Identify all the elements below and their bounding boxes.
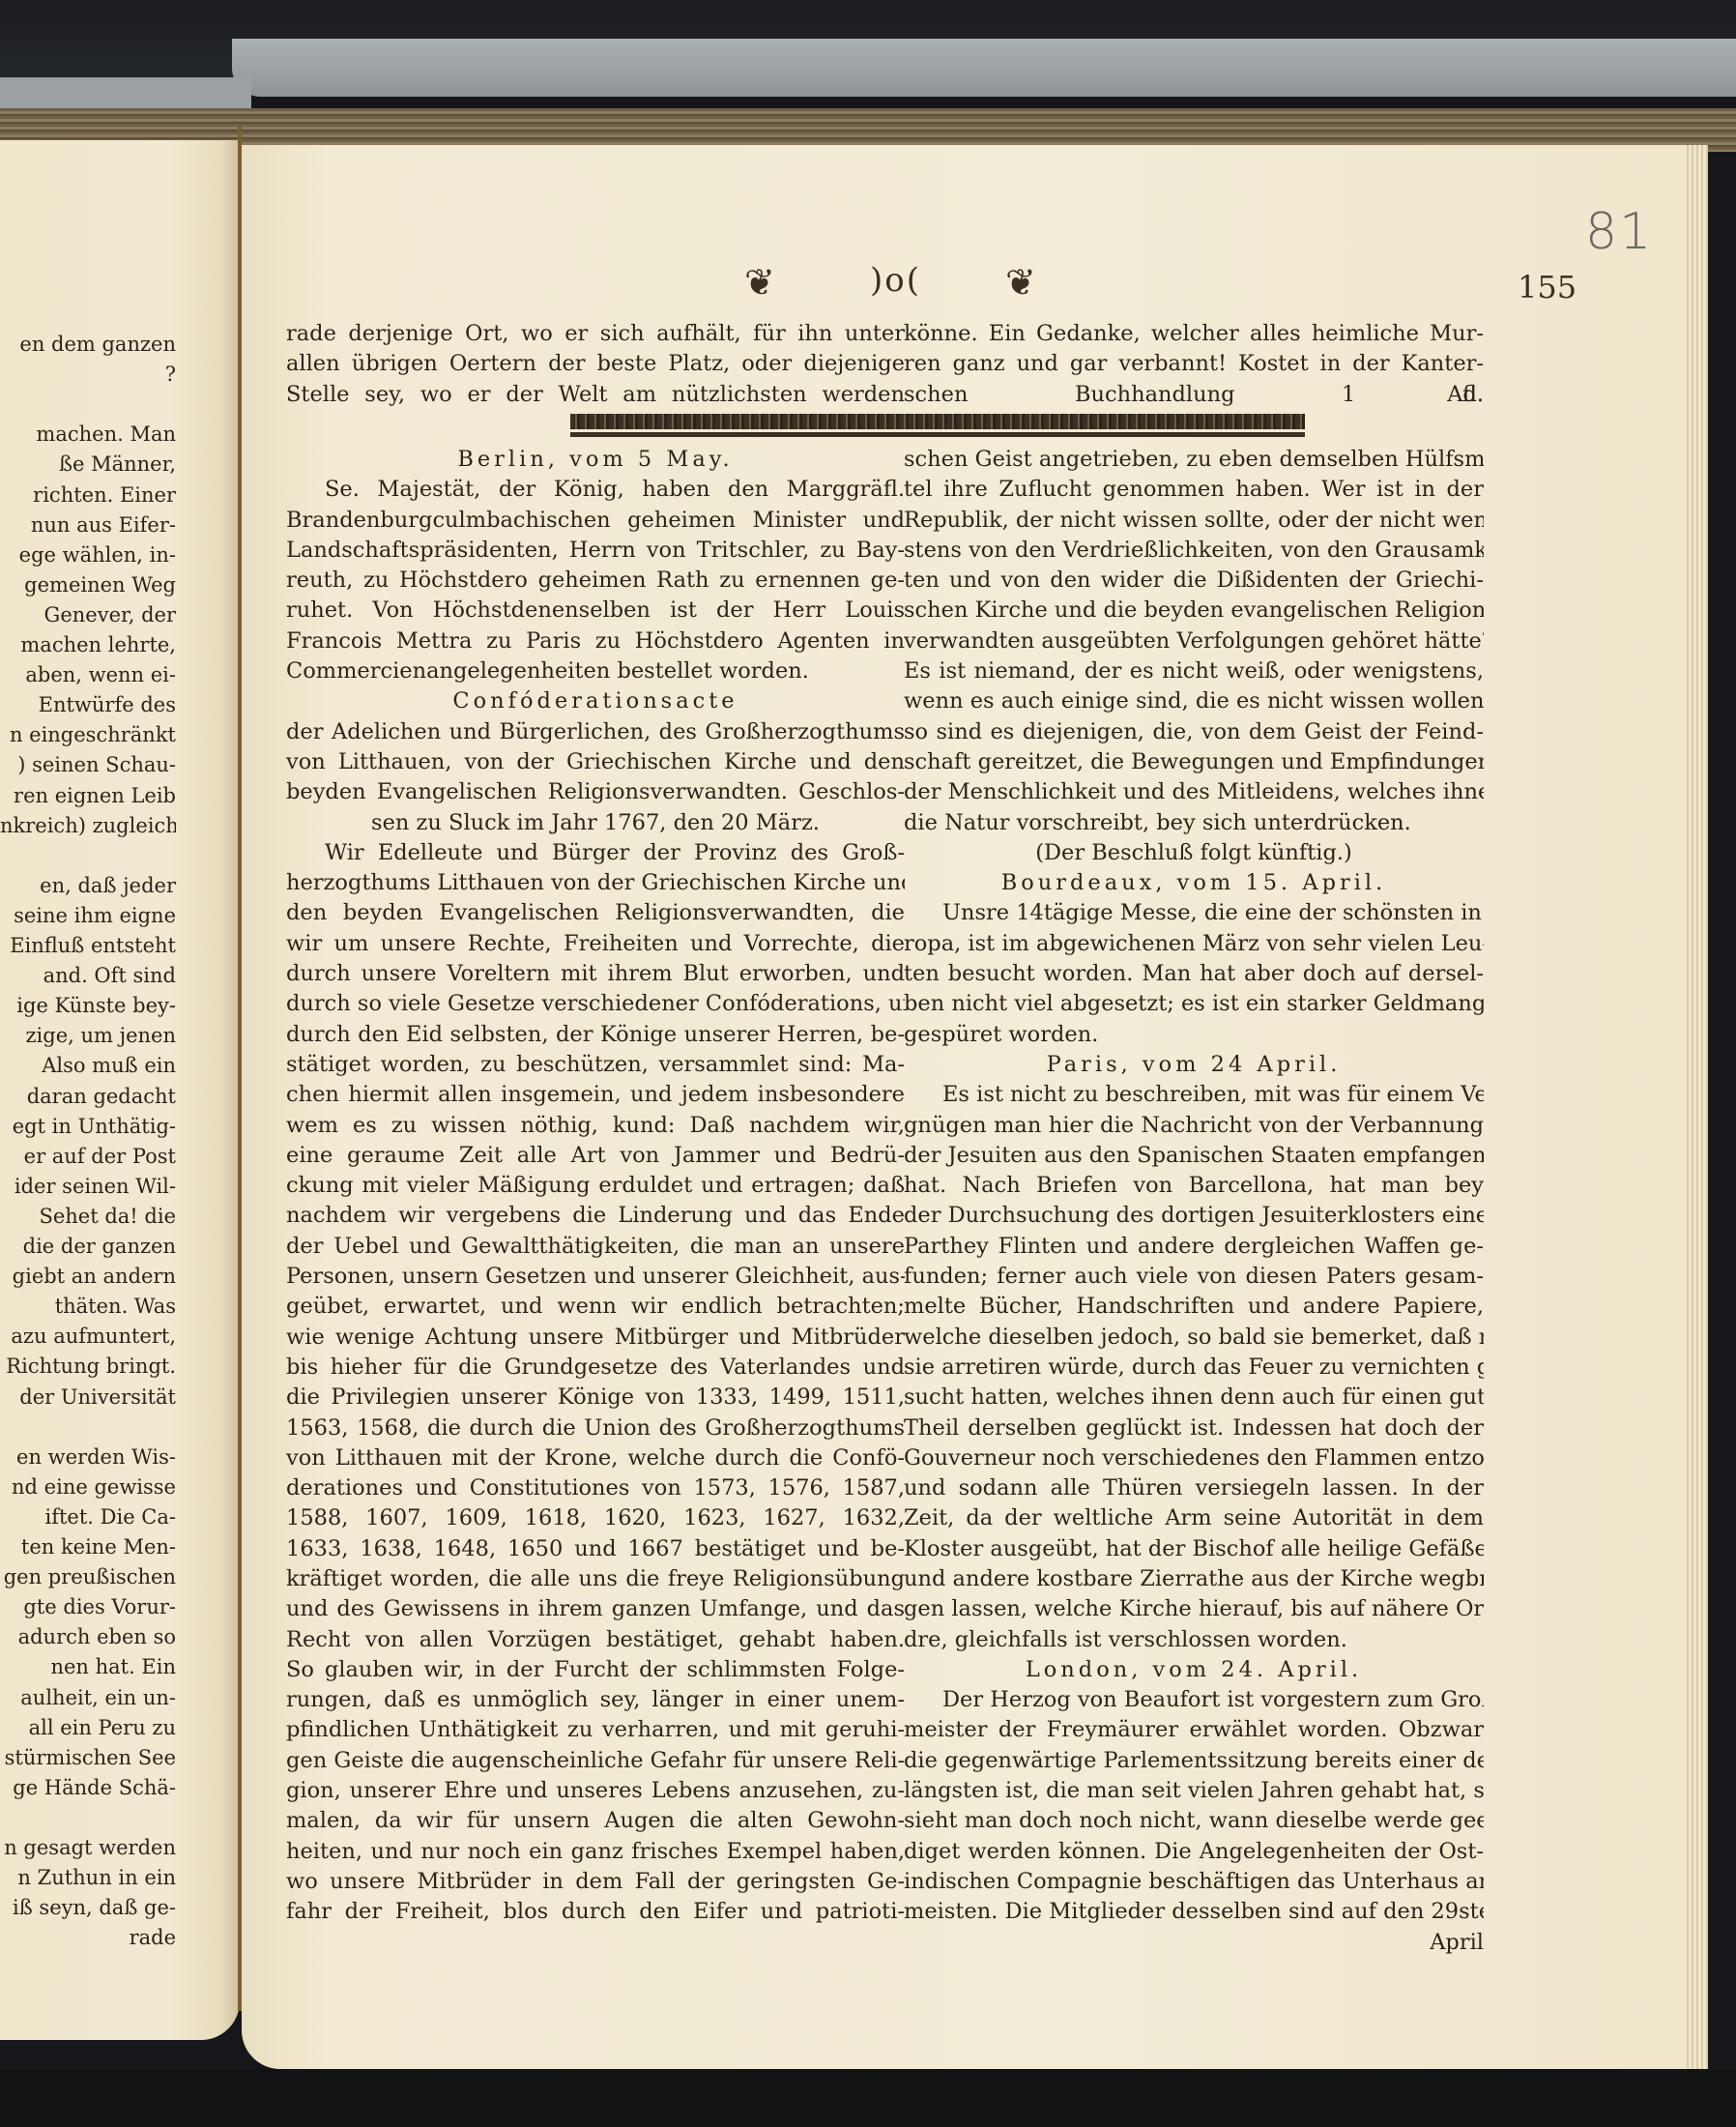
text-line: ckung mit vieler Mäßigung erduldet und e… <box>286 1171 905 1201</box>
text-line: indischen Compagnie beschäftigen das Unt… <box>904 1867 1484 1897</box>
text-line: durch unsere Voreltern mit ihrem Blut er… <box>286 959 905 989</box>
left-page-line: ? <box>0 357 176 393</box>
subtitle-line: der Adelichen und Bürgerlichen, des Groß… <box>286 717 905 747</box>
text-line: von Litthauen mit der Krone, welche durc… <box>286 1443 905 1473</box>
book-cover-top <box>232 39 1736 97</box>
text-line: Kloster ausgeübt, hat der Bischof alle h… <box>904 1534 1484 1564</box>
text-line: sie arretiren würde, durch das Feuer zu … <box>904 1353 1484 1383</box>
text-line: heiten, und nur noch ein ganz frisches E… <box>286 1837 905 1867</box>
text-line: Francois Mettra zu Paris zu Höchstdero A… <box>286 626 905 656</box>
text-line: könne. Ein Gedanke, welcher alles heimli… <box>904 319 1484 349</box>
text-line: Der Herzog von Beaufort ist vorgestern z… <box>904 1685 1484 1715</box>
text-line: Landschaftspräsidenten, Herrn von Tritsc… <box>286 536 905 566</box>
text-line: ten und von den wider die Dißidenten der… <box>904 566 1484 596</box>
text-line: rungen, daß es unmöglich sey, länger in … <box>286 1685 905 1715</box>
text-line: eine geraume Zeit alle Art von Jammer un… <box>286 1141 905 1171</box>
text-line: Commercienangelegenheiten bestellet word… <box>286 656 905 686</box>
text-line: welche dieselben jedoch, so bald sie bem… <box>904 1323 1484 1353</box>
text-line: Es ist nicht zu beschreiben, mit was für… <box>904 1080 1484 1110</box>
text-line: die Privilegien unserer Könige von 1333,… <box>286 1383 905 1413</box>
text-line: verwandten ausgeübten Verfolgungen gehör… <box>904 626 1484 656</box>
left-page-line: rade <box>0 1920 176 1957</box>
text-line: Recht von allen Vorzügen bestätiget, geh… <box>286 1625 905 1655</box>
text-line: Unsre 14tägige Messe, die eine der schön… <box>904 898 1484 928</box>
text-line: Theil derselben geglückt ist. Indessen h… <box>904 1413 1484 1443</box>
text-line: diget werden können. Die Angelegenheiten… <box>904 1837 1484 1867</box>
text-line: ren ganz und gar verbannt! Kostet in der… <box>904 349 1484 379</box>
text-line: und des Gewissens in ihrem ganzen Umfang… <box>286 1594 905 1624</box>
text-line: 1588, 1607, 1609, 1618, 1620, 1623, 1627… <box>286 1503 905 1533</box>
dateline-bourdeaux: Bourdeaux, vom 15. April. <box>904 868 1484 898</box>
text-line: schen Buchhandlung 1 fl.Ad. <box>904 380 1484 410</box>
text-line: längsten ist, die man seit vielen Jahren… <box>904 1776 1484 1806</box>
text-line: die Natur vorschreibt, bey sich unterdrü… <box>904 808 1484 838</box>
text-line: Brandenburgculmbachischen geheimen Minis… <box>286 506 905 536</box>
text-line: schen Geist angetrieben, zu eben demselb… <box>904 445 1484 475</box>
subtitle-line: beyden Evangelischen Religionsverwandten… <box>286 777 905 807</box>
section-title-confoederationsacte: Confóderationsacte <box>286 686 905 716</box>
text-line: malen, da wir für unsern Augen die alten… <box>286 1806 905 1836</box>
text-line: meister der Freymäurer erwählet worden. … <box>904 1715 1484 1745</box>
text-line: dre, gleichfalls ist verschlossen worden… <box>904 1625 1484 1655</box>
text-line: Gouverneur noch verschiedenes den Flamme… <box>904 1443 1484 1473</box>
right-column: schen Geist angetrieben, zu eben demselb… <box>904 445 1484 1958</box>
text-line: sucht hatten, welches ihnen denn auch fü… <box>904 1383 1484 1413</box>
page-stack-edge <box>1687 145 1708 2069</box>
text-line: wir um unsere Rechte, Freiheiten und Vor… <box>286 929 905 959</box>
text-line: pfindlichen Unthätigkeit zu verharren, u… <box>286 1715 905 1745</box>
dateline-london: London, vom 24. April. <box>904 1655 1484 1685</box>
left-page-line: nkreich) zugleich <box>0 808 176 845</box>
text-line: kräftiget worden, die alle uns die freye… <box>286 1564 905 1594</box>
page-number: 155 <box>1518 269 1577 306</box>
text-line: der Durchsuchung des dortigen Jesuiterkl… <box>904 1201 1484 1231</box>
left-page-line: ge Hände Schä- <box>0 1770 176 1807</box>
text-line: Personen, unsern Gesetzen und unserer Gl… <box>286 1262 905 1292</box>
text-line: und sodann alle Thüren versiegeln lassen… <box>904 1473 1484 1503</box>
text-line: ropa, ist im abgewichenen März von sehr … <box>904 929 1484 959</box>
author-signature: Ad. <box>1447 380 1484 410</box>
text-line: 1563, 1568, die durch die Union des Groß… <box>286 1413 905 1443</box>
book-gutter <box>238 126 242 2011</box>
text-line: 1633, 1638, 1648, 1650 und 1667 bestätig… <box>286 1534 905 1564</box>
text-line: geübet, erwartet, und wenn wir endlich b… <box>286 1292 905 1322</box>
text-line: gion, unserer Ehre und unseres Lebens an… <box>286 1776 905 1806</box>
left-column-continuation: rade derjenige Ort, wo er sich aufhält, … <box>286 319 905 410</box>
text-line: rade derjenige Ort, wo er sich aufhält, … <box>286 319 905 349</box>
text-line: Se. Majestät, der König, haben den Margg… <box>286 475 905 505</box>
text-line: so sind es diejenigen, die, von dem Geis… <box>904 717 1484 747</box>
text-line: wem es zu wissen nöthig, kund: Daß nachd… <box>286 1111 905 1141</box>
page-header: ❦ )o( ❦ 155 <box>744 261 1518 319</box>
text-line: wo unsere Mitbrüder in dem Fall der geri… <box>286 1867 905 1897</box>
text-line: und andere kostbare Zierrathe aus der Ki… <box>904 1564 1484 1594</box>
text-line: Zeit, da der weltliche Arm seine Autorit… <box>904 1503 1484 1533</box>
text-line: der Jesuiten aus den Spanischen Staaten … <box>904 1141 1484 1171</box>
text-line: gen lassen, welche Kirche hierauf, bis a… <box>904 1594 1484 1624</box>
shell-ornament-icon: ❦ <box>744 261 775 304</box>
text-line: reuth, zu Höchstdero geheimen Rath zu er… <box>286 566 905 596</box>
subtitle-line: sen zu Sluck im Jahr 1767, den 20 März. <box>286 808 905 838</box>
text-line: der Uebel und Gewaltthätigkeiten, die ma… <box>286 1232 905 1262</box>
text-line: fahr der Freiheit, blos durch den Eifer … <box>286 1897 905 1927</box>
pencil-folio-number: 81 <box>1585 203 1653 261</box>
text-line: Es ist niemand, der es nicht weiß, oder … <box>904 656 1484 686</box>
text-line: schen Kirche und die beyden evangelische… <box>904 596 1484 626</box>
text-line: Wir Edelleute und Bürger der Provinz des… <box>286 838 905 868</box>
right-column-continuation: könne. Ein Gedanke, welcher alles heimli… <box>904 319 1484 410</box>
text-line: ten besucht worden. Man hat aber doch au… <box>904 959 1484 989</box>
left-column: Berlin, vom 5 May.Se. Majestät, der Köni… <box>286 445 905 1928</box>
text-line: allen übrigen Oertern der beste Platz, o… <box>286 349 905 379</box>
text-line: durch den Eid selbsten, der Könige unser… <box>286 1020 905 1050</box>
background-bottom <box>0 2069 1736 2127</box>
text-line: die gegenwärtige Parlementssitzung berei… <box>904 1746 1484 1776</box>
subtitle-line: von Litthauen, von der Griechischen Kirc… <box>286 747 905 777</box>
text-line: Parthey Flinten und andere dergleichen W… <box>904 1232 1484 1262</box>
text-line: Republik, der nicht wissen sollte, oder … <box>904 506 1484 536</box>
section-rule-divider <box>570 414 1305 432</box>
text-line: funden; ferner auch viele von diesen Pat… <box>904 1262 1484 1292</box>
text-line: gespüret worden. <box>904 1020 1484 1050</box>
text-line: meisten. Die Mitglieder desselben sind a… <box>904 1897 1484 1927</box>
text-line: der Menschlichkeit und des Mitleidens, w… <box>904 777 1484 807</box>
text-line: schaft gereitzet, die Bewegungen und Emp… <box>904 747 1484 777</box>
header-mark: )o( <box>870 261 921 300</box>
text-line: gnügen man hier die Nachricht von der Ve… <box>904 1111 1484 1141</box>
text-line: herzogthums Litthauen von der Griechisch… <box>286 868 905 898</box>
left-page-line: der Universität <box>0 1380 176 1416</box>
text-line: durch so viele Gesetze verschiedener Con… <box>286 989 905 1019</box>
text-line: nachdem wir vergebens die Linderung und … <box>286 1201 905 1231</box>
text-line: wenn es auch einige sind, die es nicht w… <box>904 686 1484 716</box>
text-span: schen Buchhandlung 1 fl. <box>904 382 1484 407</box>
text-line: den beyden Evangelischen Religionsverwan… <box>286 898 905 928</box>
continued-note: (Der Beschluß folgt künftig.) <box>904 838 1484 868</box>
text-line: stens von den Verdrießlichkeiten, von de… <box>904 536 1484 566</box>
text-line: gen Geiste die augenscheinliche Gefahr f… <box>286 1746 905 1776</box>
text-line: So glauben wir, in der Furcht der schlim… <box>286 1655 905 1685</box>
text-line: wie wenige Achtung unsere Mitbürger und … <box>286 1323 905 1353</box>
dateline-berlin: Berlin, vom 5 May. <box>286 445 905 475</box>
text-line: derationes und Constitutiones von 1573, … <box>286 1473 905 1503</box>
text-line: chen hiermit allen insgemein, und jedem … <box>286 1080 905 1110</box>
text-line: tel ihre Zuflucht genommen haben. Wer is… <box>904 475 1484 505</box>
text-line: stätiget worden, zu beschützen, versamml… <box>286 1050 905 1080</box>
text-line: melte Bücher, Handschriften und andere P… <box>904 1292 1484 1322</box>
catchword: April <box>904 1928 1484 1958</box>
text-line: hat. Nach Briefen von Barcellona, hat ma… <box>904 1171 1484 1201</box>
dateline-paris: Paris, vom 24 April. <box>904 1050 1484 1080</box>
text-line: Stelle sey, wo er der Welt am nützlichst… <box>286 380 905 410</box>
shell-ornament-icon: ❦ <box>1005 261 1036 304</box>
text-line: ben nicht viel abgesetzt; es ist ein sta… <box>904 989 1484 1019</box>
text-line: sieht man doch noch nicht, wann dieselbe… <box>904 1806 1484 1836</box>
text-line: bis hieher für die Grundgesetze des Vate… <box>286 1353 905 1383</box>
text-line: ruhet. Von Höchstdenenselben ist der Her… <box>286 596 905 626</box>
